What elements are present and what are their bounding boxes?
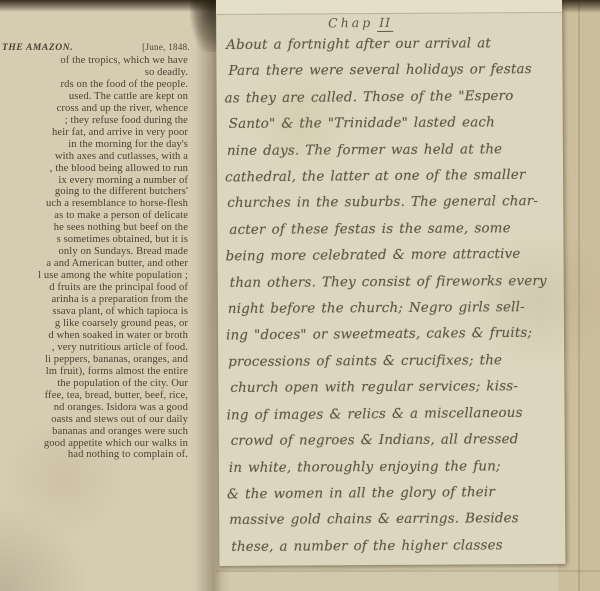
running-header-date: [June, 1848. xyxy=(142,42,190,52)
printed-text-line: oasts and stews out of our daily xyxy=(0,414,188,426)
handwritten-text-line: massive gold chains & earrings. Besides xyxy=(229,506,563,534)
printed-text-line: , very nutritious article of food. xyxy=(0,342,188,354)
printed-text-line: bananas and oranges were such xyxy=(0,426,188,438)
page-edge-crease xyxy=(578,0,580,591)
printed-text-line: as to make a person of delicate xyxy=(0,210,188,222)
printed-text-block: of the tropics, which we haveso deadly.r… xyxy=(0,55,188,461)
handwritten-text-line: as they are called. Those of the "Espero xyxy=(224,83,558,112)
printed-text-line: used. The cattle are kept on xyxy=(0,91,188,103)
handwritten-text-line: Para there were several holidays or fest… xyxy=(228,57,562,85)
printed-text-line: a and American butter, and other xyxy=(0,258,188,270)
printed-text-line: so deadly. xyxy=(0,67,188,79)
handwritten-text-line: ing of images & relics & a miscellaneous xyxy=(226,400,560,429)
printed-text-line: uch a resemblance to horse-flesh xyxy=(0,198,188,210)
handwritten-text-line: night before the church; Negro girls sel… xyxy=(228,295,562,323)
printed-text-line: good appetite which our walks in xyxy=(0,438,188,450)
printed-text-line: arinha is a preparation from the xyxy=(0,294,188,306)
printed-text-line: ffee, tea, bread, butter, beef, rice, xyxy=(0,390,188,402)
running-header-title: THE AMAZON. xyxy=(2,43,73,53)
handwritten-text-line: crowd of negroes & Indians, all dressed xyxy=(231,427,565,455)
handwritten-text-block: About a fortnight after our arrival atPa… xyxy=(226,31,563,561)
printed-text-line: cross and up the river, whence xyxy=(0,103,188,115)
handwritten-text-line: acter of these festas is the same, some xyxy=(229,216,563,244)
book-photo: THE AMAZON. [June, 1848. of the tropics,… xyxy=(0,0,600,591)
handwritten-text-line: than others. They consist of fireworks e… xyxy=(230,269,564,297)
handwritten-text-line: ing "doces" or sweetmeats, cakes & fruit… xyxy=(226,321,560,350)
printed-text-line: d when soaked in water or broth xyxy=(0,330,188,342)
handwritten-text-line: being more celebrated & more attractive xyxy=(225,242,559,271)
printed-text-line: lm fruit), forms almost the entire xyxy=(0,366,188,378)
printed-text-line: with axes and cutlasses, with a xyxy=(0,151,188,163)
book-edge-shadow-top xyxy=(0,0,216,12)
printed-text-line: rds on the food of the people. xyxy=(0,79,188,91)
printed-text-line: , the blood being allowed to run xyxy=(0,163,188,175)
printed-left-page: THE AMAZON. [June, 1848. of the tropics,… xyxy=(0,0,216,591)
printed-text-line: of the tropics, which we have xyxy=(0,55,188,67)
printed-text-line: ix every morning a number of xyxy=(0,175,188,187)
printed-text-line: li peppers, bananas, oranges, and xyxy=(0,354,188,366)
printed-text-line: l use among the white population ; xyxy=(0,270,188,282)
handwritten-text-line: About a fortnight after our arrival at xyxy=(226,31,560,59)
sheet-top-fold xyxy=(216,0,562,15)
handwritten-text-line: these, a number of the higher classes xyxy=(231,533,565,561)
chapter-numeral: II xyxy=(377,15,393,32)
printed-text-line: in the morning for the day's xyxy=(0,139,188,151)
handwritten-text-line: churches in the suburbs. The general cha… xyxy=(227,189,561,217)
handwritten-text-line: & the women in all the glory of their xyxy=(227,479,561,508)
printed-text-line: the population of the city. Our xyxy=(0,378,188,390)
chapter-label: Chap xyxy=(328,15,373,30)
handwritten-text-line: nine days. The former was held at the xyxy=(227,137,561,165)
printed-text-line: only on Sundays. Bread made xyxy=(0,246,188,258)
running-header: THE AMAZON. [June, 1848. xyxy=(2,42,190,53)
printed-text-line: g like coarsely ground peas, or xyxy=(0,318,188,330)
book-edge-shadow-top-right xyxy=(556,0,600,13)
printed-text-line: ; they refuse food during the xyxy=(0,115,188,127)
printed-text-line: d fruits are the principal food of xyxy=(0,282,188,294)
printed-text-line: he sees nothing but beef on the xyxy=(0,222,188,234)
printed-text-line: s sometimes obtained, but it is xyxy=(0,234,188,246)
handwritten-sheet: ChapII About a fortnight after our arriv… xyxy=(216,0,565,566)
printed-text-line: ssava plant, of which tapioca is xyxy=(0,306,188,318)
handwritten-text-line: church open with regular services; kiss- xyxy=(230,374,564,402)
handwritten-text-line: in white, thoroughly enjoying the fun; xyxy=(229,453,563,481)
handwritten-text-line: Santo" & the "Trinidade" lasted each xyxy=(229,110,563,138)
handwritten-text-line: processions of saints & crucifixes; the xyxy=(228,348,562,376)
bottom-page-crease xyxy=(216,570,600,572)
chapter-heading: ChapII xyxy=(328,15,393,30)
printed-text-line: had nothing to complain of. xyxy=(0,449,188,461)
printed-text-line: nd oranges. Isidora was a good xyxy=(0,402,188,414)
handwritten-text-line: cathedral, the latter at one of the smal… xyxy=(225,163,559,192)
printed-text-line: going to the different butchers' xyxy=(0,186,188,198)
printed-text-line: heir fat, and arrive in very poor xyxy=(0,127,188,139)
